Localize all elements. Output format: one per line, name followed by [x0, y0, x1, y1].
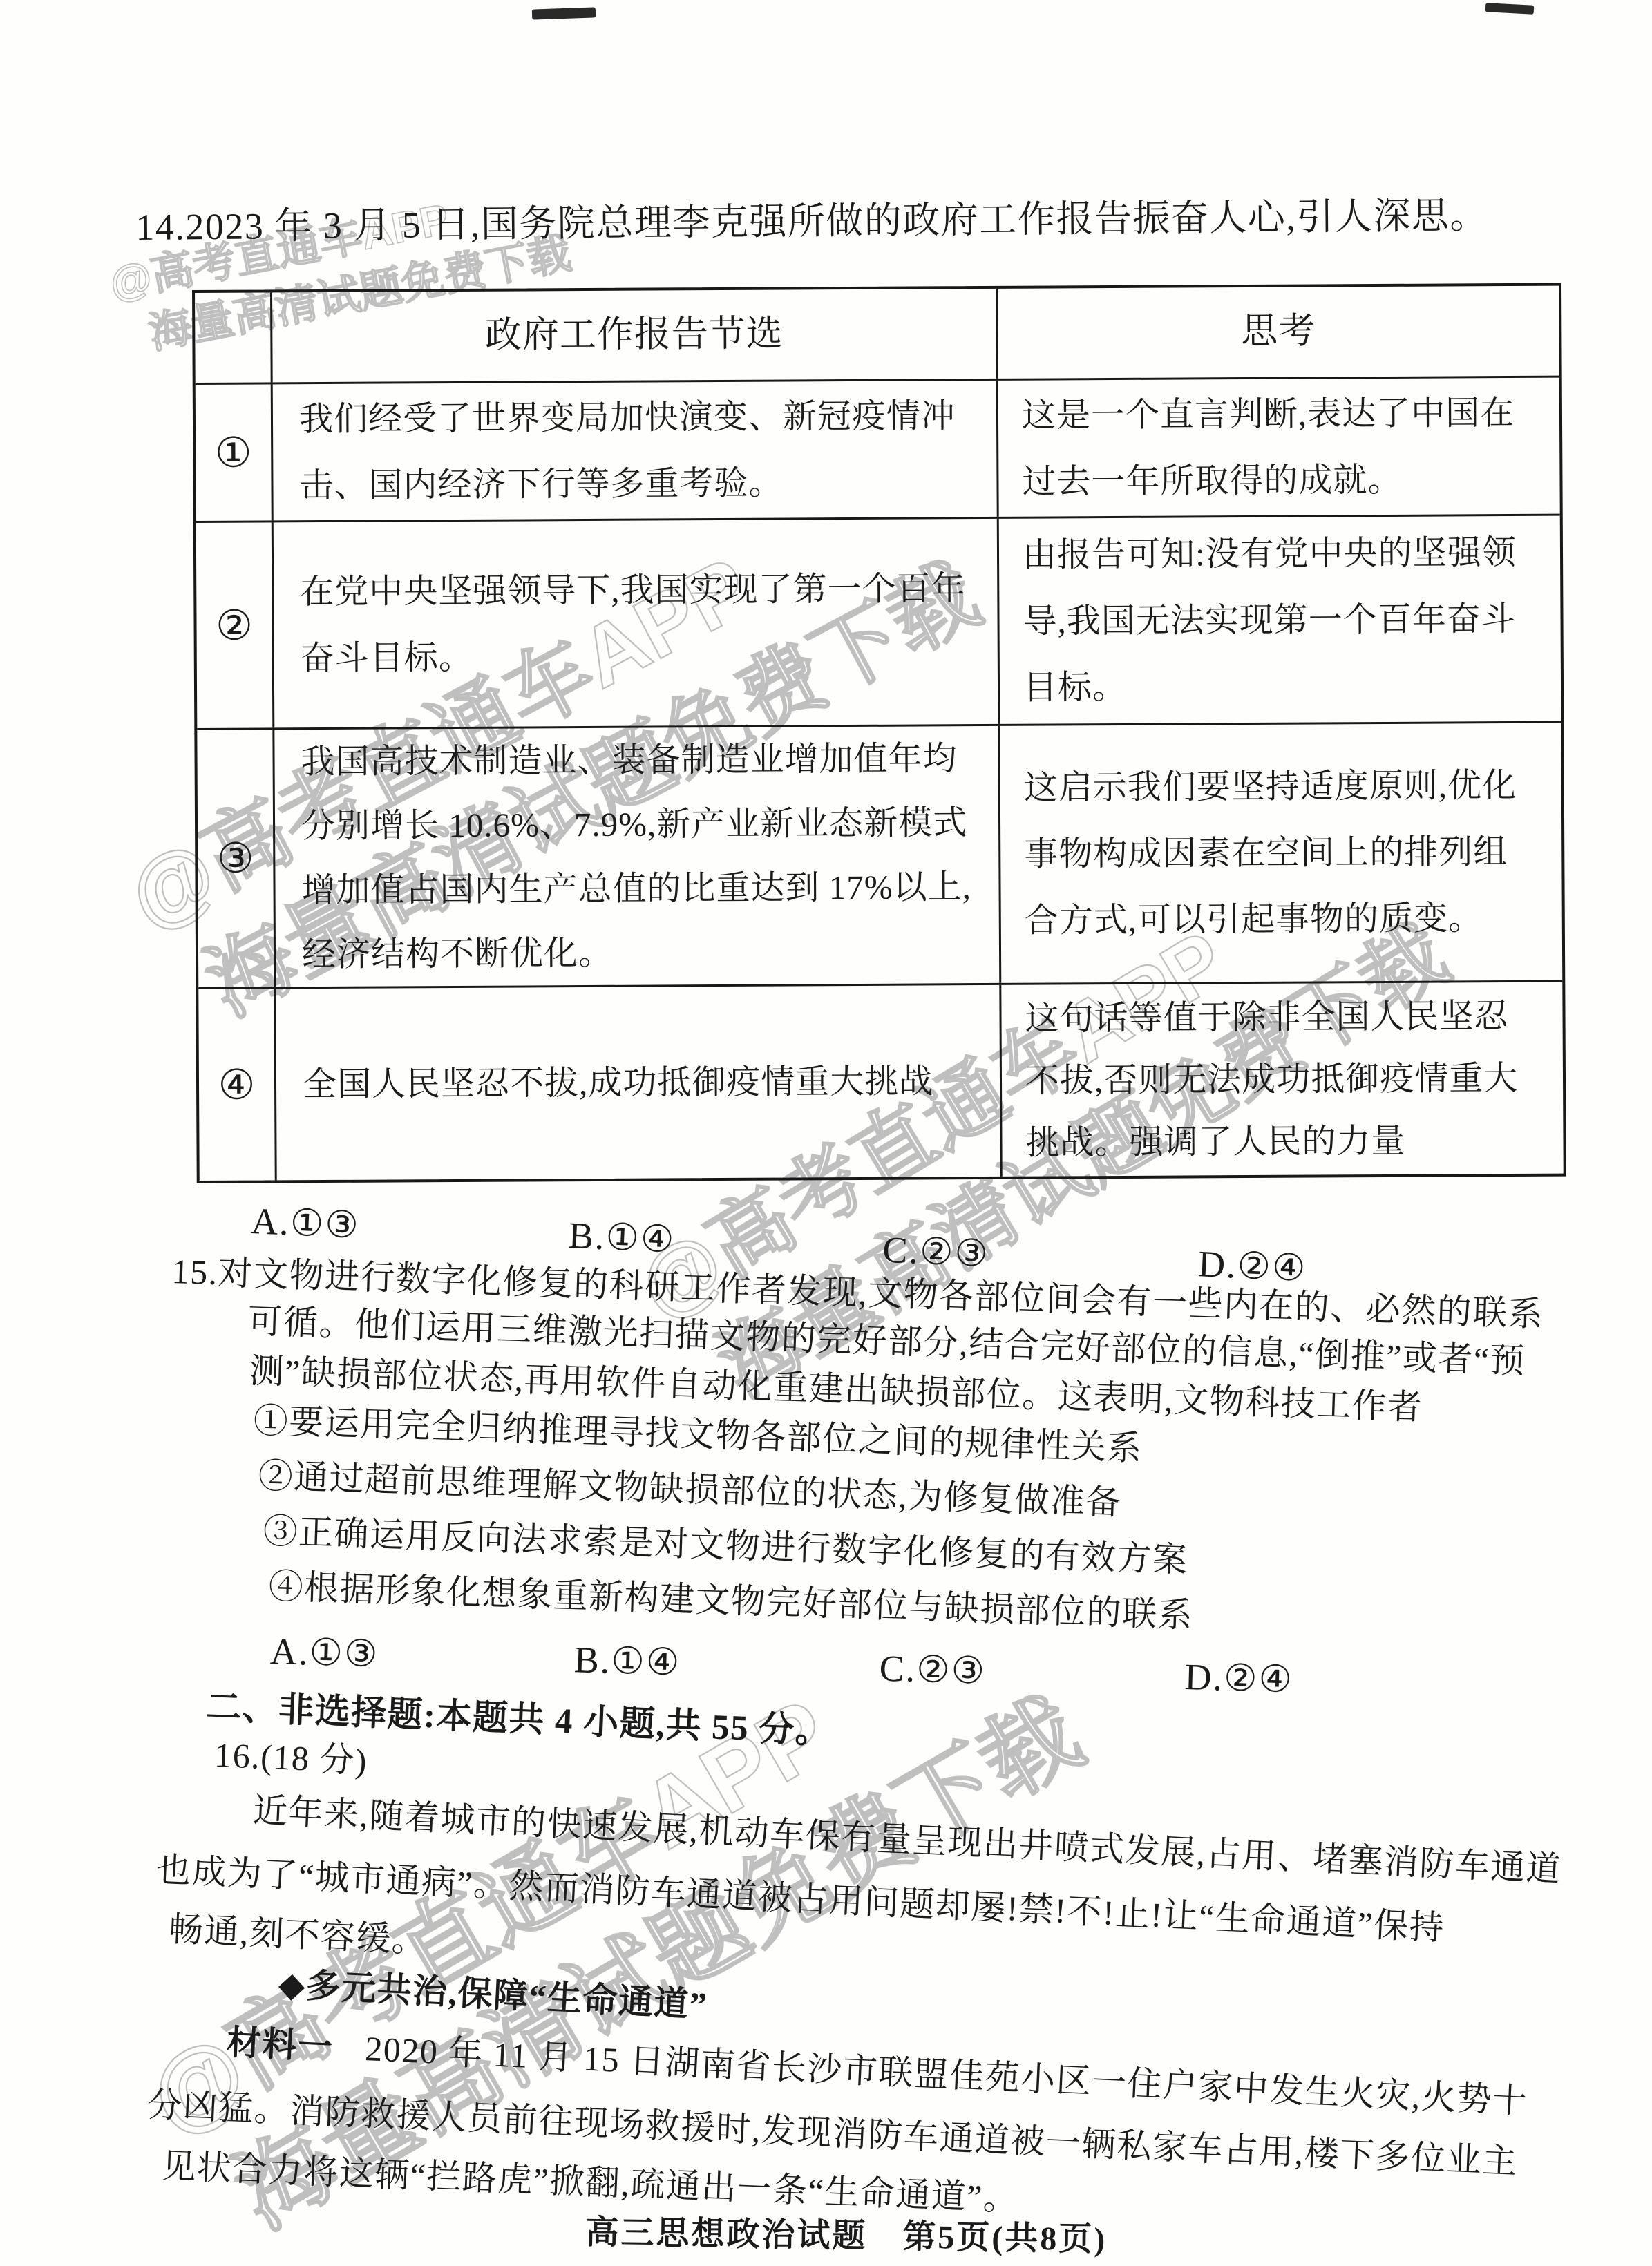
row-number: ①	[196, 384, 274, 521]
page-footer: 高三思想政治试题 第5页(共8页)	[585, 2205, 1108, 2260]
option-a: A.①③	[250, 1199, 361, 1247]
q14-table: 政府工作报告节选 思考 ① 我们经受了世界变局加快演变、新冠疫情冲击、国内经济下…	[192, 283, 1566, 1183]
table-header-num-cell	[195, 292, 273, 383]
question-16-number: 16.(18 分)	[213, 1727, 369, 1783]
thought-cell: 由报告可知:没有党中央的坚强领导,我国无法实现第一个百年奋斗目标。	[999, 516, 1561, 724]
option-d: D.②④	[1184, 1655, 1294, 1701]
question-14-stem: 14.2023 年 3 月 5 日,国务院总理李克强所做的政府工作报告振奋人心,…	[135, 186, 1488, 251]
excerpt-text: 全国人民坚忍不拔,成功抵御疫情重大挑战	[303, 1048, 934, 1118]
table-header-excerpt-label: 政府工作报告节选	[485, 313, 784, 359]
material-1-label: 材料一	[226, 2023, 334, 2066]
excerpt-cell: 我们经受了世界变局加快演变、新冠疫情冲击、国内经济下行等多重考验。	[273, 381, 999, 520]
row-number: ③	[197, 730, 276, 987]
excerpt-cell: 在党中央坚强领导下,我国实现了第一个百年奋斗目标。	[274, 519, 1000, 727]
table-row: ③ 我国高技术制造业、装备制造业增加值年均分别增长 10.6%、7.9%,新产业…	[197, 721, 1562, 987]
excerpt-text: 我们经受了世界变局加快演变、新冠疫情冲击、国内经济下行等多重考验。	[299, 383, 971, 519]
thought-text: 这启示我们要坚持适度原则,优化事物构成因素在空间上的排列组合方式,可以引起事物的…	[1024, 752, 1539, 954]
row-number: ②	[196, 522, 275, 728]
table-header-think-label: 思考	[1241, 310, 1316, 354]
thought-text: 这句话等值于除非全国人民坚忍不拔,否则无法成功抵御疫情重大挑战。强调了人民的力量	[1025, 984, 1539, 1174]
row-number: ④	[198, 989, 276, 1181]
table-header-row: 政府工作报告节选 思考	[195, 286, 1559, 383]
excerpt-cell: 我国高技术制造业、装备制造业增加值年均分别增长 10.6%、7.9%,新产业新业…	[274, 726, 1001, 987]
exam-page: @高考直通车APP 海量高清试题免费下载 @高考直通车APP 海量高清试题免费下…	[0, 0, 1652, 2266]
option-b: B.①④	[573, 1637, 681, 1684]
excerpt-text: 在党中央坚强领导下,我国实现了第一个百年奋斗目标。	[300, 555, 971, 692]
table-row: ④ 全国人民坚忍不拔,成功抵御疫情重大挑战 这句话等值于除非全国人民坚忍不拔,否…	[198, 980, 1563, 1181]
excerpt-text: 我国高技术制造业、装备制造业增加值年均分别增长 10.6%、7.9%,新产业新业…	[301, 726, 973, 987]
table-row: ① 我们经受了世界变局加快演变、新冠疫情冲击、国内经济下行等多重考验。 这是一个…	[196, 376, 1560, 521]
scan-artifact	[532, 7, 596, 19]
thought-cell: 这启示我们要坚持适度原则,优化事物构成因素在空间上的排列组合方式,可以引起事物的…	[1000, 723, 1562, 983]
table-header-think-cell: 思考	[998, 286, 1559, 379]
excerpt-cell: 全国人民坚忍不拔,成功抵御疫情重大挑战	[276, 985, 1002, 1180]
scan-artifact	[1485, 3, 1535, 15]
option-a: A.①③	[269, 1629, 379, 1675]
table-row: ② 在党中央坚强领导下,我国实现了第一个百年奋斗目标。 由报告可知:没有党中央的…	[196, 514, 1561, 728]
option-b: B.①④	[568, 1213, 676, 1261]
thought-text: 由报告可知:没有党中央的坚强领导,我国无法实现第一个百年奋斗目标。	[1023, 519, 1537, 721]
thought-text: 这是一个直言判断,表达了中国在过去一年所取得的成就。	[1022, 379, 1537, 515]
thought-cell: 这句话等值于除非全国人民坚忍不拔,否则无法成功抵御疫情重大挑战。强调了人民的力量	[1001, 982, 1563, 1177]
thought-cell: 这是一个直言判断,表达了中国在过去一年所取得的成就。	[998, 378, 1560, 517]
table-header-excerpt-cell: 政府工作报告节选	[272, 289, 998, 382]
option-c: C.②③	[879, 1646, 987, 1693]
